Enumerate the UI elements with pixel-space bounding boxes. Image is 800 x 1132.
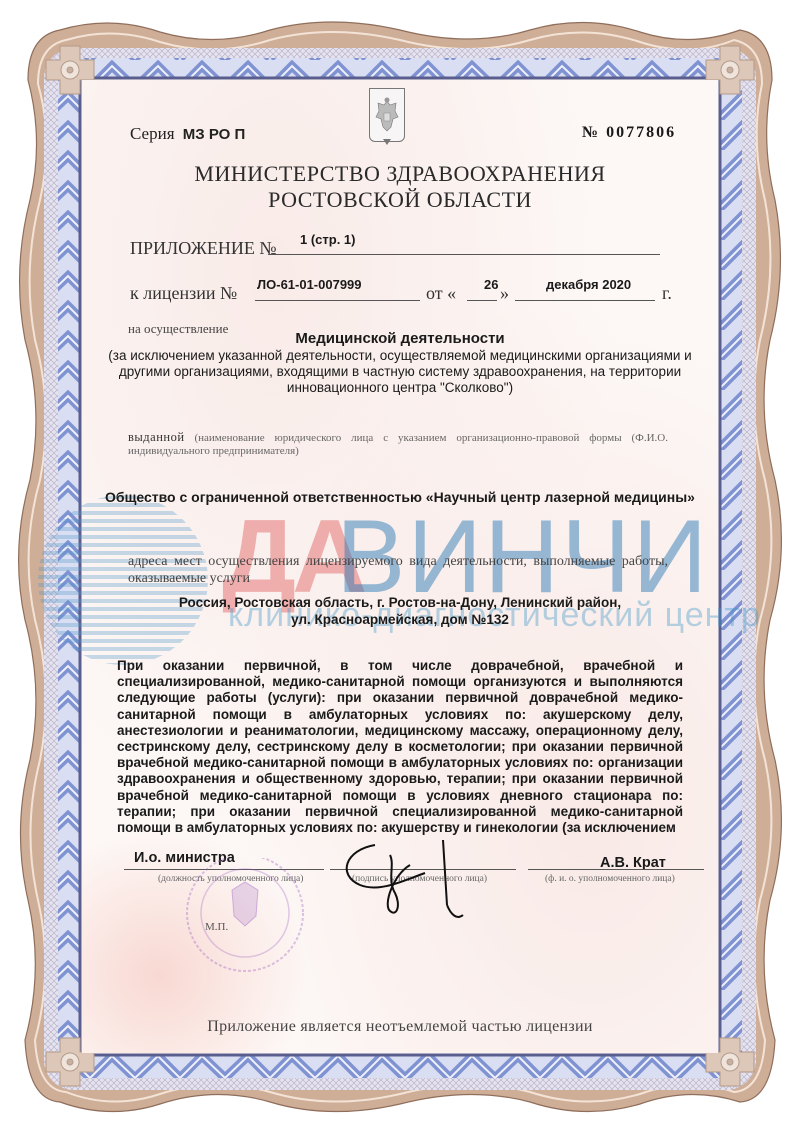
activity-title: Медицинской деятельности	[100, 330, 700, 347]
license-day-underline	[467, 300, 497, 301]
ministry-title: МИНИСТЕРСТВО ЗДРАВООХРАНЕНИЯ РОСТОВСКОЙ …	[100, 161, 700, 213]
address-label: адреса мест осуществления лицензируемого…	[128, 553, 668, 587]
handwritten-signature-icon	[335, 835, 485, 925]
official-stamp-icon	[160, 858, 330, 978]
organization-name: Общество с ограниченной ответственностью…	[100, 489, 700, 505]
appendix-underline	[268, 254, 660, 255]
number-label: №	[582, 124, 600, 141]
coat-of-arms-icon	[369, 88, 405, 142]
footer-note: Приложение является неотъемлемой частью …	[100, 1018, 700, 1036]
issued-lead: выданной	[128, 430, 185, 444]
license-label: к лицензии №	[130, 283, 237, 304]
activity-note: (за исключением указанной деятельности, …	[108, 348, 692, 396]
appendix-value: 1 (стр. 1)	[300, 232, 356, 247]
series-value: МЗ РО П	[183, 126, 245, 143]
appendix-label: ПРИЛОЖЕНИЕ №	[130, 238, 277, 259]
license-year-suffix: г.	[662, 283, 672, 304]
name-underline	[528, 869, 704, 870]
license-number-underline	[255, 300, 420, 301]
license-day: 26	[484, 277, 498, 292]
license-from-label: от «	[426, 283, 456, 304]
license-month-underline	[515, 300, 655, 301]
series-label: Серия	[130, 124, 175, 143]
address-line2: ул. Красноармейская, дом №132	[100, 611, 700, 628]
ministry-line1: МИНИСТЕРСТВО ЗДРАВООХРАНЕНИЯ	[100, 161, 700, 187]
services-text: При оказании первичной, в том числе довр…	[117, 658, 683, 836]
address-line1: Россия, Ростовская область, г. Ростов-на…	[100, 594, 700, 611]
issued-hint: (наименование юридического лица с указан…	[128, 432, 668, 457]
stamp-place-label: М.П.	[205, 921, 228, 933]
number-value: 0077806	[606, 124, 676, 141]
name-caption: (ф. и. о. уполномоченного лица)	[545, 874, 675, 884]
address: Россия, Ростовская область, г. Ростов-на…	[100, 594, 700, 628]
form-number: № 0077806	[582, 124, 676, 142]
emblem-pointer	[383, 139, 391, 145]
issued-to-caption: выданной (наименование юридического лица…	[128, 431, 668, 458]
series: Серия МЗ РО П	[130, 124, 245, 144]
license-month-year: декабря 2020	[546, 277, 631, 292]
ministry-line2: РОСТОВСКОЙ ОБЛАСТИ	[100, 187, 700, 213]
license-number: ЛО-61-01-007999	[257, 277, 362, 292]
license-day-close: »	[500, 283, 509, 304]
